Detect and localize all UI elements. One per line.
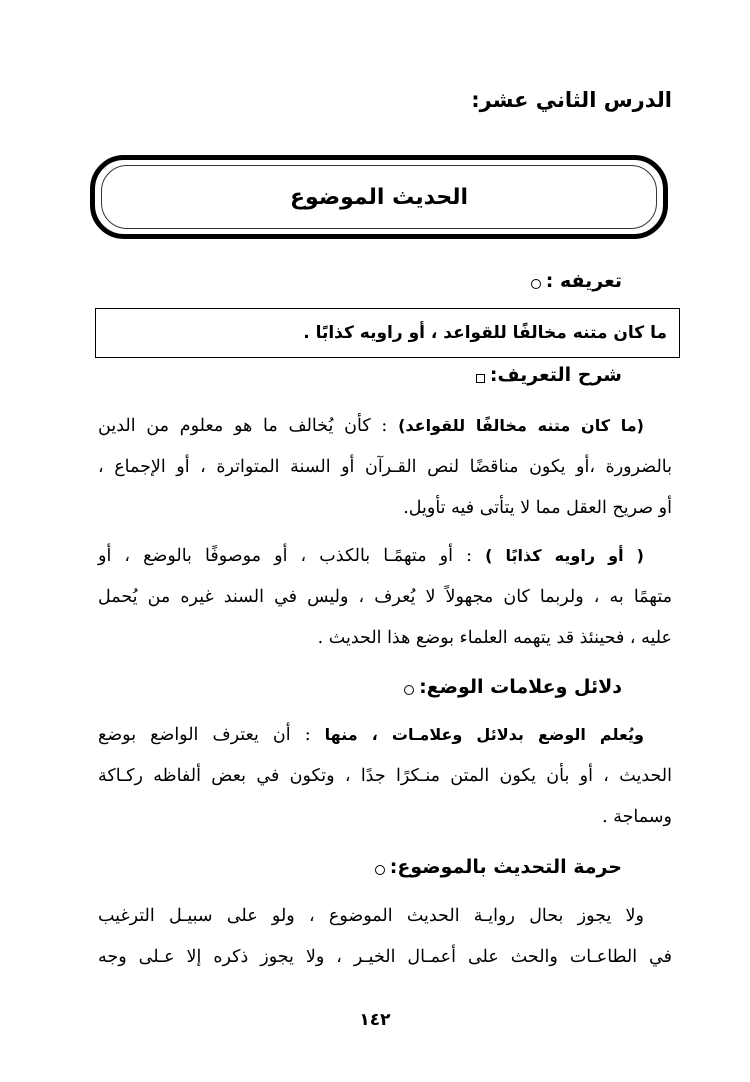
book-page: الدرس الثاني عشر: الحديث الموضوع تعريفه …: [0, 0, 750, 1082]
prohibition-heading-text: حرمة التحديث بالموضوع:: [390, 856, 622, 878]
text-line: ( أو راويه كذابًا ) : أو متهمًـا بالكذب …: [98, 535, 672, 577]
explanation-paragraph-1: (ما كان متنه مخالفًا للقواعد) : كأن يُخا…: [98, 405, 672, 529]
text-line: (ما كان متنه مخالفًا للقواعد) : كأن يُخا…: [98, 405, 672, 447]
definition-box: ما كان متنه مخالفًا للقواعد ، أو راويه ك…: [95, 308, 680, 358]
lesson-label: الدرس الثاني عشر:: [471, 88, 672, 112]
text-line: الحديث ، أو بأن يكون المتن منـكرًا جدًا …: [98, 756, 672, 797]
text-line: متهمًا به ، ولربما كان مجهولاً لا يُعرف …: [98, 577, 672, 618]
prohibition-heading: حرمة التحديث بالموضوع:: [375, 856, 622, 878]
page-title: الحديث الموضوع: [290, 185, 468, 210]
definition-text: ما كان متنه مخالفًا للقواعد ، أو راويه ك…: [303, 323, 667, 343]
text-line: في الطاعـات والحث على أعمـال الخيـر ، ول…: [98, 937, 672, 978]
title-frame-inner: الحديث الموضوع: [101, 165, 657, 229]
circle-bullet-icon: [404, 685, 414, 695]
text-line: وسماجة .: [98, 797, 672, 838]
text-line: ويُعلم الوضع بدلائل وعلامـات ، منها : أن…: [98, 714, 672, 756]
explanation-heading-text: شرح التعريف:: [490, 364, 622, 386]
text-line: ولا يجوز بحال روايـة الحديث الموضوع ، ول…: [98, 896, 672, 937]
definition-heading-text: تعريفه :: [546, 270, 622, 292]
definition-heading: تعريفه :: [531, 270, 622, 292]
square-bullet-icon: [476, 374, 485, 383]
page-number: ١٤٢: [0, 1010, 750, 1030]
circle-bullet-icon: [375, 865, 385, 875]
text-line: أو صريح العقل مما لا يتأتى فيه تأويل.: [98, 488, 672, 529]
bold-term: ( أو راويه كذابًا ): [485, 546, 644, 565]
text-span: : كأن يُخالف ما هو معلوم من الدين: [98, 416, 398, 436]
title-frame: الحديث الموضوع: [90, 155, 668, 239]
text-line: عليه ، فحينئذ قد يتهمه العلماء بوضع هذا …: [98, 618, 672, 659]
circle-bullet-icon: [531, 279, 541, 289]
signs-paragraph: ويُعلم الوضع بدلائل وعلامـات ، منها : أن…: [98, 714, 672, 838]
text-line: بالضرورة ،أو يكون مناقضًا لنص القـرآن أو…: [98, 447, 672, 488]
explanation-heading: شرح التعريف:: [476, 364, 622, 386]
text-span: : أن يعترف الواضع بوضع: [98, 725, 325, 745]
signs-heading: دلائل وعلامات الوضع:: [404, 676, 622, 698]
explanation-paragraph-2: ( أو راويه كذابًا ) : أو متهمًـا بالكذب …: [98, 535, 672, 659]
prohibition-paragraph: ولا يجوز بحال روايـة الحديث الموضوع ، ول…: [98, 896, 672, 978]
text-span: : أو متهمًـا بالكذب ، أو موصوفًا بالوضع …: [98, 546, 485, 566]
bold-term: (ما كان متنه مخالفًا للقواعد): [398, 416, 644, 435]
bold-term: ويُعلم الوضع بدلائل وعلامـات ، منها: [325, 725, 644, 744]
signs-heading-text: دلائل وعلامات الوضع:: [419, 676, 622, 698]
